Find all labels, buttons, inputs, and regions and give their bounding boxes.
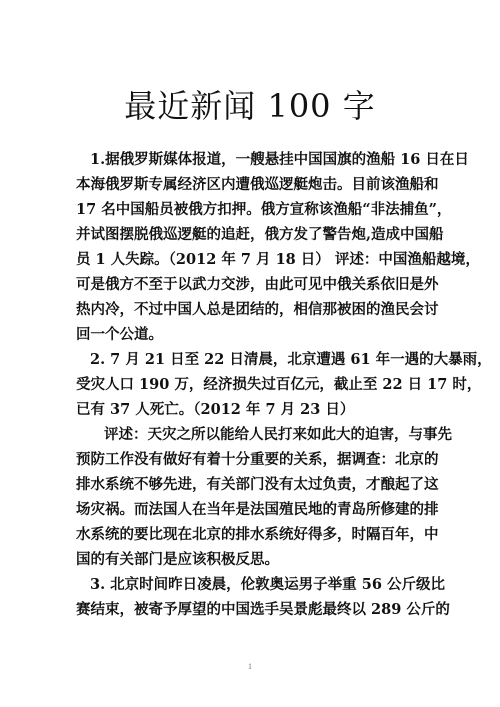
paragraph-1-line-7: 热内冷，不过中国人总是团结的，相信那被困的渔民会讨 [76,297,426,322]
document-title: 最近新闻 100 字 [0,86,500,126]
paragraph-2-line-3: 已有 37 人死亡。（2012 年 7 月 23 日） [76,397,426,422]
paragraph-3-line-4: 场灾祸。而法国人在当年是法国殖民地的青岛所修建的排 [76,497,426,522]
page-number: 1 [0,662,500,671]
paragraph-3-line-1: 评述：天灾之所以能给人民打来如此大的迫害，与事先 [76,422,426,447]
paragraph-1-line-6: 可是俄方不至于以武力交涉，由此可见中俄关系依旧是外 [76,272,426,297]
document-body: 1.据俄罗斯媒体报道，一艘悬挂中国国旗的渔船 16 日在日 本海俄罗斯专属经济区… [76,147,426,622]
paragraph-1-line-5: 员 1 人失踪。（2012 年 7 月 18 日） 评述：中国渔船越境， [76,247,426,272]
paragraph-2-line-2: 受灾人口 190 万，经济损失过百亿元，截止至 22 日 17 时， [76,372,426,397]
paragraph-2-line-1: 2. 7 月 21 日至 22 日清晨，北京遭遇 61 年一遇的大暴雨， [76,347,426,372]
paragraph-1-line-1: 1.据俄罗斯媒体报道，一艘悬挂中国国旗的渔船 16 日在日 [76,147,426,172]
paragraph-3-line-3: 排水系统不够先进，有关部门没有太过负责，才酿起了这 [76,472,426,497]
paragraph-1-line-2: 本海俄罗斯专属经济区内遭俄巡逻艇炮击。目前该渔船和 [76,172,426,197]
paragraph-3-line-5: 水系统的要比现在北京的排水系统好得多，时隔百年，中 [76,522,426,547]
paragraph-3-line-6: 国的有关部门是应该积极反思。 [76,547,426,572]
document-page: 最近新闻 100 字 1.据俄罗斯媒体报道，一艘悬挂中国国旗的渔船 16 日在日… [0,0,500,707]
paragraph-4-line-2: 赛结束，被寄予厚望的中国选手吴景彪最终以 289 公斤的 [76,597,426,622]
paragraph-3-line-2: 预防工作没有做好有着十分重要的关系，据调查：北京的 [76,447,426,472]
paragraph-1-line-3: 17 名中国船员被俄方扣押。俄方宣称该渔船“非法捕鱼”， [76,197,426,222]
paragraph-1-line-4: 并试图摆脱俄巡逻艇的追赶，俄方发了警告炮,造成中国船 [76,222,426,247]
paragraph-1-line-8: 回一个公道。 [76,322,426,347]
paragraph-4-line-1: 3. 北京时间昨日凌晨，伦敦奥运男子举重 56 公斤级比 [76,572,426,597]
